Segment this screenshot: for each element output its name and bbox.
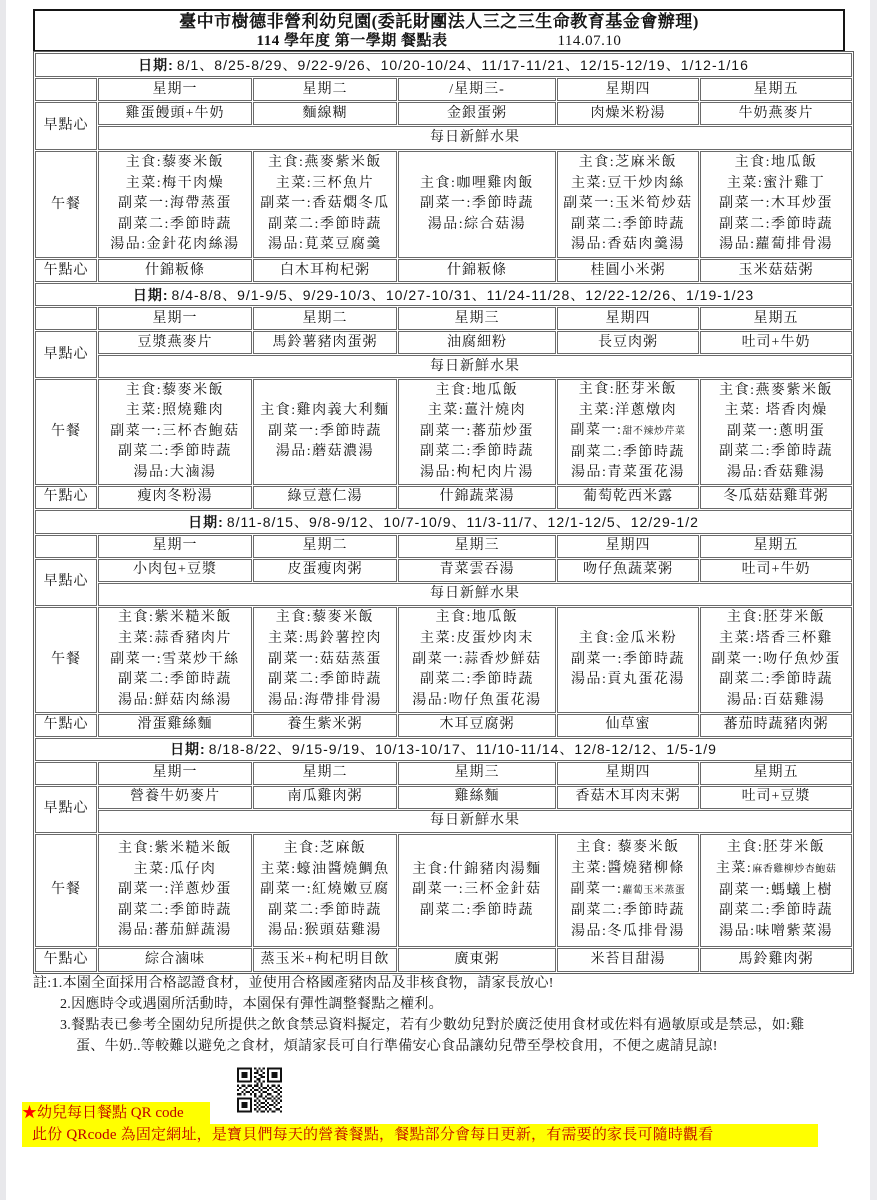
- lunch-line: 湯品:蘑菇濃湯: [254, 442, 396, 463]
- week-1-fruit-row: 每日新鮮水果: [35, 126, 852, 150]
- snack-mon: 瘦肉冬粉湯: [98, 486, 252, 509]
- day-header-thu: 星期四: [557, 307, 699, 330]
- lunch-line: 主菜:麻香雞柳炒杏鮑菇: [701, 859, 851, 881]
- note-3: 3.餐點表已參考全園幼兒所提供之飲食禁忌資料擬定，若有少數幼兒對於廣泛使用食材或…: [33, 1015, 825, 1057]
- week-1-lunch-row: 午餐 主食:藜麥米飯 主菜:梅干肉燥 副菜一:海帶蒸蛋 副菜二:季節時蔬 湯品:…: [35, 151, 852, 258]
- lunch-line: 主菜:醬燒豬柳條: [558, 859, 698, 880]
- lunch-line: 副菜一:螞蟻上樹: [701, 881, 851, 902]
- lunch-line: 湯品:味噌紫菜湯: [701, 922, 851, 943]
- lunch-line: 主菜:梅干肉燥: [99, 174, 251, 195]
- lunch-line: 副菜一:蒜香炒鮮菇: [399, 650, 555, 671]
- lunch-line: 主菜:皮蛋炒肉末: [399, 629, 555, 650]
- star-icon: ★: [22, 1105, 37, 1121]
- lunch-mon: 主食:藜麥米飯 主菜:照燒雞肉 副菜一:三杯杏鮑菇 副菜二:季節時蔬 湯品:大滷…: [98, 379, 252, 485]
- lunch-line: 副菜二:季節時蔬: [701, 901, 851, 922]
- snack-fri: 冬瓜菇菇雞茸粥: [700, 486, 852, 509]
- date-range-cell: 日期:8/1、8/25-8/29、9/22-9/26、10/20-10/24、1…: [35, 53, 852, 77]
- lunch-line: 主食: 藜麥米飯: [558, 838, 698, 859]
- lunch-thu: 主食: 藜麥米飯 主菜:醬燒豬柳條 副菜一:蘿蔔玉米蒸蛋 副菜二:季節時蔬 湯品…: [557, 834, 699, 947]
- lunch-fri: 主食:燕麥紫米飯 主菜: 塔香肉燥 副菜一:蔥明蛋 副菜二:季節時蔬 湯品:香菇…: [700, 379, 852, 485]
- lunch-line: 湯品:貢丸蛋花湯: [558, 670, 698, 691]
- lunch-line: 主食:胚芽米飯: [558, 380, 698, 401]
- snack-tue: 白木耳枸杞粥: [253, 259, 397, 282]
- week-1-breakfast-row: 早點心 雞蛋饅頭+牛奶 麵線糊 金銀蛋粥 肉燥米粉湯 牛奶燕麥片: [35, 102, 852, 125]
- lunch-line: 主食:胚芽米飯: [701, 608, 851, 629]
- snack-thu: 桂圓小米粥: [557, 259, 699, 282]
- qr-code-image: [237, 1067, 282, 1113]
- lunch-line: 湯品:青菜蛋花湯: [558, 463, 698, 484]
- lunch-line: 主菜:豆干炒肉絲: [558, 174, 698, 195]
- snack-wed: 什錦粄條: [398, 259, 556, 282]
- day-header-fri: 星期五: [700, 307, 852, 330]
- lunch-line: 湯品:金針花肉絲湯: [99, 235, 251, 256]
- lunch-line: 副菜二:季節時蔬: [558, 443, 698, 464]
- lunch-line: 主菜: 塔香肉燥: [701, 401, 851, 422]
- week-3-snack-row: 午點心 滑蛋雞絲麵 養生紫米粥 木耳豆腐粥 仙草蜜 蕃茄時蔬豬肉粥: [35, 714, 852, 737]
- week-2-fruit-row: 每日新鮮水果: [35, 355, 852, 378]
- dish-name: 蘿蔔玉米蒸蛋: [622, 885, 685, 896]
- note-2: 2.因應時令或遇園所活動時，本園保有彈性調整餐點之權利。: [33, 994, 833, 1015]
- dish-name: 麻香雞柳炒杏鮑菇: [752, 864, 836, 875]
- lunch-line: 副菜一:季節時蔬: [399, 194, 555, 215]
- breakfast-label: 早點心: [35, 331, 97, 378]
- week-1-day-header-row: 星期一 星期二 /星期三- 星期四 星期五: [35, 78, 852, 101]
- lunch-line: 湯品:莧菜豆腐羹: [254, 235, 396, 256]
- day-header-wed: 星期三: [398, 762, 556, 785]
- lunch-line: 副菜二:季節時蔬: [558, 901, 698, 922]
- lunch-thu: 主食:芝麻米飯 主菜:豆干炒肉絲 副菜一:玉米筍炒菇 副菜二:季節時蔬 湯品:香…: [557, 151, 699, 258]
- qr-code-title: 幼兒每日餐點 QR code: [37, 1105, 184, 1121]
- lunch-line: 主菜:三杯魚片: [254, 174, 396, 195]
- week-4-date-row: 日期:8/18-8/22、9/15-9/19、10/13-10/17、11/10…: [35, 738, 852, 761]
- lunch-line: 主食:紫米糙米飯: [99, 839, 251, 860]
- dish-category: 副菜一:: [571, 423, 623, 438]
- breakfast-wed: 油腐細粉: [398, 331, 556, 354]
- lunch-wed: 主食:地瓜飯 主菜:皮蛋炒肉末 副菜一:蒜香炒鮮菇 副菜二:季節時蔬 湯品:吻仔…: [398, 607, 556, 713]
- breakfast-label: 早點心: [35, 102, 97, 150]
- date-range-cell: 日期:8/11-8/15、9/8-9/12、10/7-10/9、11/3-11/…: [35, 510, 852, 534]
- snack-thu: 米苔目甜湯: [557, 948, 699, 972]
- lunch-line: 主菜:瓜仔肉: [99, 860, 251, 881]
- lunch-label: 午餐: [35, 151, 97, 258]
- lunch-line: 副菜二:季節時蔬: [99, 901, 251, 922]
- note-text: 1.本園全面採用合格認證食材，並使用合格國產豬肉品及非核食物，請家長放心!: [52, 976, 554, 991]
- lunch-line: 副菜二:季節時蔬: [99, 670, 251, 691]
- lunch-line: 副菜一:蕃茄炒蛋: [399, 422, 555, 443]
- lunch-line: 湯品:香菇雞湯: [701, 463, 851, 484]
- daily-fresh-fruit: 每日新鮮水果: [98, 355, 852, 378]
- day-header-thu: 星期四: [557, 535, 699, 558]
- day-header-fri: 星期五: [700, 762, 852, 785]
- lunch-line: 主菜:塔香三杯雞: [701, 629, 851, 650]
- lunch-line: 副菜二:季節時蔬: [254, 670, 396, 691]
- lunch-label: 午餐: [35, 607, 97, 713]
- day-header-mon: 星期一: [98, 307, 252, 330]
- date-label: 日期:: [188, 514, 224, 530]
- lunch-line: 副菜二:季節時蔬: [701, 670, 851, 691]
- day-header-mon: 星期一: [98, 535, 252, 558]
- lunch-tue: 主食:芝麻飯 主菜:蠔油醬燒鯛魚 副菜一:紅燒嫩豆腐 副菜二:季節時蔬 湯品:猴…: [253, 834, 397, 947]
- week-2-day-header-row: 星期一 星期二 星期三 星期四 星期五: [35, 307, 852, 330]
- snack-label: 午點心: [35, 948, 97, 972]
- week-4-breakfast-row: 早點心 營養牛奶麥片 南瓜雞肉粥 雞絲麵 香菇木耳肉末粥 吐司+豆漿: [35, 786, 852, 809]
- snack-thu: 仙草蜜: [557, 714, 699, 737]
- snack-mon: 滑蛋雞絲麵: [98, 714, 252, 737]
- breakfast-thu: 肉燥米粉湯: [557, 102, 699, 125]
- snack-fri: 玉米菇菇粥: [700, 259, 852, 282]
- lunch-label: 午餐: [35, 834, 97, 947]
- lunch-line: 湯品:冬瓜排骨湯: [558, 922, 698, 943]
- breakfast-tue: 南瓜雞肉粥: [253, 786, 397, 809]
- snack-mon: 綜合滷味: [98, 948, 252, 972]
- notes-prefix: 註:: [33, 976, 52, 991]
- lunch-line: 副菜一:雪菜炒干絲: [99, 650, 251, 671]
- week-4-fruit-row: 每日新鮮水果: [35, 810, 852, 833]
- breakfast-tue: 皮蛋瘦肉粥: [253, 559, 397, 582]
- lunch-line: 副菜二:季節時蔬: [558, 215, 698, 236]
- lunch-wed: 主食:咖哩雞肉飯 副菜一:季節時蔬 湯品:綜合菇湯: [398, 151, 556, 258]
- lunch-tue: 主食:雞肉義大利麵 副菜一:季節時蔬 湯品:蘑菇濃湯: [253, 379, 397, 485]
- snack-mon: 什錦粄條: [98, 259, 252, 282]
- lunch-thu: 主食:胚芽米飯 主菜:洋蔥燉肉 副菜一:甜不辣炒芹菜 副菜二:季節時蔬 湯品:青…: [557, 379, 699, 485]
- lunch-line: 湯品:蕃茄鮮蔬湯: [99, 921, 251, 942]
- week-1-snack-row: 午點心 什錦粄條 白木耳枸杞粥 什錦粄條 桂圓小米粥 玉米菇菇粥: [35, 259, 852, 282]
- breakfast-fri: 吐司+牛奶: [700, 559, 852, 582]
- day-header-tue: 星期二: [253, 78, 397, 101]
- daily-fresh-fruit: 每日新鮮水果: [98, 126, 852, 150]
- lunch-line: 副菜二:季節時蔬: [399, 442, 555, 463]
- day-header-tue: 星期二: [253, 535, 397, 558]
- lunch-line: 主菜:馬鈴薯控肉: [254, 629, 396, 650]
- lunch-line: 副菜一:海帶蒸蛋: [99, 194, 251, 215]
- breakfast-fri: 牛奶燕麥片: [700, 102, 852, 125]
- meal-schedule-table: 日期:8/1、8/25-8/29、9/22-9/26、10/20-10/24、1…: [33, 51, 854, 974]
- week-2-lunch-row: 午餐 主食:藜麥米飯 主菜:照燒雞肉 副菜一:三杯杏鮑菇 副菜二:季節時蔬 湯品…: [35, 379, 852, 485]
- breakfast-thu: 吻仔魚蔬菜粥: [557, 559, 699, 582]
- week-3-lunch-row: 午餐 主食:紫米糙米飯 主菜:蒜香豬肉片 副菜一:雪菜炒干絲 副菜二:季節時蔬 …: [35, 607, 852, 713]
- lunch-line: 湯品:蘿蔔排骨湯: [701, 235, 851, 256]
- lunch-wed: 主食:什錦豬肉湯麵 副菜一:三杯金針菇 副菜二:季節時蔬: [398, 834, 556, 947]
- breakfast-wed: 金銀蛋粥: [398, 102, 556, 125]
- lunch-fri: 主食:胚芽米飯 主菜:麻香雞柳炒杏鮑菇 副菜一:螞蟻上樹 副菜二:季節時蔬 湯品…: [700, 834, 852, 947]
- snack-tue: 綠豆薏仁湯: [253, 486, 397, 509]
- lunch-line: 副菜一:菇菇蒸蛋: [254, 650, 396, 671]
- week-1-date-row: 日期:8/1、8/25-8/29、9/22-9/26、10/20-10/24、1…: [35, 53, 852, 77]
- lunch-line: 主食:地瓜飯: [701, 153, 851, 174]
- lunch-line: 副菜一:玉米筍炒菇: [558, 194, 698, 215]
- breakfast-mon: 豆漿燕麥片: [98, 331, 252, 354]
- week-3-fruit-row: 每日新鮮水果: [35, 583, 852, 606]
- lunch-line: 副菜二:季節時蔬: [254, 215, 396, 236]
- lunch-line: 副菜二:季節時蔬: [99, 215, 251, 236]
- lunch-line: 主食:芝麻飯: [254, 839, 396, 860]
- breakfast-wed: 雞絲麵: [398, 786, 556, 809]
- breakfast-fri: 吐司+牛奶: [700, 331, 852, 354]
- qr-code-description: 此份 QRcode 為固定網址，是寶貝們每天的營養餐點，餐點部分會每日更新，有需…: [22, 1124, 818, 1147]
- week-3-breakfast-row: 早點心 小肉包+豆漿 皮蛋瘦肉粥 青菜雲吞湯 吻仔魚蔬菜粥 吐司+牛奶: [35, 559, 852, 582]
- breakfast-thu: 香菇木耳肉末粥: [557, 786, 699, 809]
- breakfast-label: 早點心: [35, 786, 97, 833]
- dish-category: 副菜一:: [571, 882, 623, 897]
- lunch-line: 副菜二:季節時蔬: [399, 670, 555, 691]
- day-header-thu: 星期四: [557, 762, 699, 785]
- day-header-fri: 星期五: [700, 78, 852, 101]
- date-label: 日期:: [133, 287, 169, 303]
- breakfast-wed: 青菜雲吞湯: [398, 559, 556, 582]
- snack-fri: 蕃茄時蔬豬肉粥: [700, 714, 852, 737]
- lunch-line: 副菜二:季節時蔬: [254, 901, 396, 922]
- lunch-line: 主菜:洋蔥燉肉: [558, 401, 698, 422]
- document-header: 臺中市樹德非營利幼兒園(委託財團法人三之三生命教育基金會辦理) 114 學年度 …: [33, 9, 845, 52]
- corner-cell: [35, 762, 97, 785]
- breakfast-mon: 小肉包+豆漿: [98, 559, 252, 582]
- snack-thu: 葡萄乾西米露: [557, 486, 699, 509]
- snack-wed: 木耳豆腐粥: [398, 714, 556, 737]
- lunch-line: 副菜二:季節時蔬: [701, 442, 851, 463]
- date-ranges: 8/4-8/8、9/1-9/5、9/29-10/3、10/27-10/31、11…: [172, 287, 755, 303]
- document-subtitle-line: 114 學年度 第一學期 餐點表114.07.10: [35, 32, 843, 51]
- page-edge-left: [0, 0, 6, 1200]
- day-header-thu: 星期四: [557, 78, 699, 101]
- lunch-line: 主食:地瓜飯: [399, 608, 555, 629]
- day-header-fri: 星期五: [700, 535, 852, 558]
- lunch-line: 副菜一:三杯杏鮑菇: [99, 422, 251, 443]
- day-header-mon: 星期一: [98, 762, 252, 785]
- lunch-line: 主菜:蠔油醬燒鯛魚: [254, 860, 396, 881]
- lunch-line: 副菜一:蔥明蛋: [701, 422, 851, 443]
- lunch-line: 主食:什錦豬肉湯麵: [399, 860, 555, 881]
- lunch-line: 副菜一:吻仔魚炒蛋: [701, 650, 851, 671]
- date-label: 日期:: [138, 57, 174, 73]
- date-ranges: 8/11-8/15、9/8-9/12、10/7-10/9、11/3-11/7、1…: [227, 514, 699, 530]
- lunch-line: 主食:雞肉義大利麵: [254, 401, 396, 422]
- week-2-date-row: 日期:8/4-8/8、9/1-9/5、9/29-10/3、10/27-10/31…: [35, 283, 852, 306]
- lunch-line: 副菜一:木耳炒蛋: [701, 194, 851, 215]
- snack-label: 午點心: [35, 714, 97, 737]
- date-label: 日期:: [170, 741, 206, 757]
- lunch-thu: 主食:金瓜米粉 副菜一:季節時蔬 湯品:貢丸蛋花湯: [557, 607, 699, 713]
- lunch-line: 副菜一:洋蔥炒蛋: [99, 880, 251, 901]
- week-4-day-header-row: 星期一 星期二 星期三 星期四 星期五: [35, 762, 852, 785]
- day-header-tue: 星期二: [253, 307, 397, 330]
- lunch-line: 主食:藜麥米飯: [254, 608, 396, 629]
- lunch-line: 主食:燕麥紫米飯: [701, 381, 851, 402]
- dish-name: 甜不辣炒芹菜: [622, 426, 685, 437]
- lunch-mon: 主食:紫米糙米飯 主菜:蒜香豬肉片 副菜一:雪菜炒干絲 副菜二:季節時蔬 湯品:…: [98, 607, 252, 713]
- lunch-line: 副菜一:季節時蔬: [254, 422, 396, 443]
- lunch-line: 主食:紫米糙米飯: [99, 608, 251, 629]
- snack-wed: 廣東粥: [398, 948, 556, 972]
- date-range-cell: 日期:8/4-8/8、9/1-9/5、9/29-10/3、10/27-10/31…: [35, 283, 852, 306]
- lunch-label: 午餐: [35, 379, 97, 485]
- corner-cell: [35, 307, 97, 330]
- week-2-breakfast-row: 早點心 豆漿燕麥片 馬鈴薯豬肉蛋粥 油腐細粉 長豆肉粥 吐司+牛奶: [35, 331, 852, 354]
- lunch-line: 副菜二:季節時蔬: [701, 215, 851, 236]
- breakfast-thu: 長豆肉粥: [557, 331, 699, 354]
- breakfast-mon: 營養牛奶麥片: [98, 786, 252, 809]
- lunch-line: 湯品:海帶排骨湯: [254, 691, 396, 712]
- week-2-snack-row: 午點心 瘦肉冬粉湯 綠豆薏仁湯 什錦蔬菜湯 葡萄乾西米露 冬瓜菇菇雞茸粥: [35, 486, 852, 509]
- week-4-snack-row: 午點心 綜合滷味 蒸玉米+枸杞明目飲 廣東粥 米苔目甜湯 馬鈴雞肉粥: [35, 948, 852, 972]
- lunch-line: 副菜二:季節時蔬: [399, 901, 555, 922]
- lunch-line: 主菜:薑汁燒肉: [399, 401, 555, 422]
- breakfast-tue: 麵線糊: [253, 102, 397, 125]
- week-3-day-header-row: 星期一 星期二 星期三 星期四 星期五: [35, 535, 852, 558]
- lunch-line: 主食:燕麥紫米飯: [254, 153, 396, 174]
- lunch-line: 主食:咖哩雞肉飯: [399, 174, 555, 195]
- qr-code-label: ★幼兒每日餐點 QR code: [22, 1102, 210, 1124]
- lunch-line: 主食:金瓜米粉: [558, 629, 698, 650]
- lunch-f ri: 主食:胚芽米飯 主菜:塔香三杯雞 副菜一:吻仔魚炒蛋 副菜二:季節時蔬 湯品:百…: [700, 607, 852, 713]
- snack-wed: 什錦蔬菜湯: [398, 486, 556, 509]
- snack-tue: 蒸玉米+枸杞明目飲: [253, 948, 397, 972]
- daily-fresh-fruit: 每日新鮮水果: [98, 583, 852, 606]
- lunch-line: 主食:藜麥米飯: [99, 381, 251, 402]
- lunch-line: 湯品:吻仔魚蛋花湯: [399, 691, 555, 712]
- breakfast-tue: 馬鈴薯豬肉蛋粥: [253, 331, 397, 354]
- lunch-line: 副菜一:甜不辣炒芹菜: [558, 421, 698, 443]
- lunch-tue: 主食:藜麥米飯 主菜:馬鈴薯控肉 副菜一:菇菇蒸蛋 副菜二:季節時蔬 湯品:海帶…: [253, 607, 397, 713]
- week-4-lunch-row: 午餐 主食:紫米糙米飯 主菜:瓜仔肉 副菜一:洋蔥炒蛋 副菜二:季節時蔬 湯品:…: [35, 834, 852, 947]
- lunch-line: 主食:芝麻米飯: [558, 153, 698, 174]
- note-1: 註:1.本園全面採用合格認證食材，並使用合格國產豬肉品及非核食物，請家長放心!: [33, 973, 833, 994]
- lunch-line: 副菜一:紅燒嫩豆腐: [254, 880, 396, 901]
- lunch-wed: 主食:地瓜飯 主菜:薑汁燒肉 副菜一:蕃茄炒蛋 副菜二:季節時蔬 湯品:枸杞肉片…: [398, 379, 556, 485]
- notes-section: 註:1.本園全面採用合格認證食材，並使用合格國產豬肉品及非核食物，請家長放心! …: [33, 973, 833, 1057]
- date-range-cell: 日期:8/18-8/22、9/15-9/19、10/13-10/17、11/10…: [35, 738, 852, 761]
- day-header-wed: /星期三-: [398, 78, 556, 101]
- day-header-wed: 星期三: [398, 535, 556, 558]
- lunch-line: 湯品:猴頭菇雞湯: [254, 921, 396, 942]
- lunch-line: 湯品:百菇雞湯: [701, 691, 851, 712]
- snack-fri: 馬鈴雞肉粥: [700, 948, 852, 972]
- date-ranges: 8/1、8/25-8/29、9/22-9/26、10/20-10/24、11/1…: [177, 57, 749, 73]
- snack-label: 午點心: [35, 486, 97, 509]
- lunch-fri: 主食:地瓜飯 主菜:蜜汁雞丁 副菜一:木耳炒蛋 副菜二:季節時蔬 湯品:蘿蔔排骨…: [700, 151, 852, 258]
- lunch-line: 副菜一:季節時蔬: [558, 650, 698, 671]
- day-header-tue: 星期二: [253, 762, 397, 785]
- day-header-wed: 星期三: [398, 307, 556, 330]
- lunch-line: 主菜:蜜汁雞丁: [701, 174, 851, 195]
- breakfast-fri: 吐司+豆漿: [700, 786, 852, 809]
- dish-category: 主菜:: [716, 861, 752, 876]
- day-header-mon: 星期一: [98, 78, 252, 101]
- lunch-line: 主食:地瓜飯: [399, 381, 555, 402]
- corner-cell: [35, 535, 97, 558]
- lunch-line: 副菜一:蘿蔔玉米蒸蛋: [558, 880, 698, 902]
- page-edge-right: [870, 0, 877, 1200]
- daily-fresh-fruit: 每日新鮮水果: [98, 810, 852, 833]
- lunch-line: 副菜一:香菇燜冬瓜: [254, 194, 396, 215]
- lunch-mon: 主食:藜麥米飯 主菜:梅干肉燥 副菜一:海帶蒸蛋 副菜二:季節時蔬 湯品:金針花…: [98, 151, 252, 258]
- lunch-line: 湯品:枸杞肉片湯: [399, 463, 555, 484]
- lunch-line: 主菜:蒜香豬肉片: [99, 629, 251, 650]
- lunch-mon: 主食:紫米糙米飯 主菜:瓜仔肉 副菜一:洋蔥炒蛋 副菜二:季節時蔬 湯品:蕃茄鮮…: [98, 834, 252, 947]
- lunch-tue: 主食:燕麥紫米飯 主菜:三杯魚片 副菜一:香菇燜冬瓜 副菜二:季節時蔬 湯品:莧…: [253, 151, 397, 258]
- lunch-line: 主菜:照燒雞肉: [99, 401, 251, 422]
- breakfast-label: 早點心: [35, 559, 97, 606]
- breakfast-mon: 雞蛋饅頭+牛奶: [98, 102, 252, 125]
- snack-tue: 養生紫米粥: [253, 714, 397, 737]
- lunch-line: 湯品:大滷湯: [99, 463, 251, 484]
- lunch-line: 主食:胚芽米飯: [701, 838, 851, 859]
- lunch-line: 副菜二:季節時蔬: [99, 442, 251, 463]
- version-date: 114.07.10: [557, 33, 621, 49]
- document-title: 臺中市樹德非營利幼兒園(委託財團法人三之三生命教育基金會辦理): [35, 12, 843, 32]
- week-3-date-row: 日期:8/11-8/15、9/8-9/12、10/7-10/9、11/3-11/…: [35, 510, 852, 534]
- corner-cell: [35, 78, 97, 101]
- lunch-line: 湯品:香菇肉羹湯: [558, 235, 698, 256]
- lunch-line: 主食:藜麥米飯: [99, 153, 251, 174]
- document-subtitle: 114 學年度 第一學期 餐點表: [257, 33, 448, 49]
- lunch-line: 副菜一:三杯金針菇: [399, 880, 555, 901]
- lunch-line: 湯品:鮮菇肉絲湯: [99, 691, 251, 712]
- qr-code-icon: [237, 1067, 282, 1113]
- date-ranges: 8/18-8/22、9/15-9/19、10/13-10/17、11/10-11…: [209, 741, 717, 757]
- snack-label: 午點心: [35, 259, 97, 282]
- lunch-line: 湯品:綜合菇湯: [399, 215, 555, 236]
